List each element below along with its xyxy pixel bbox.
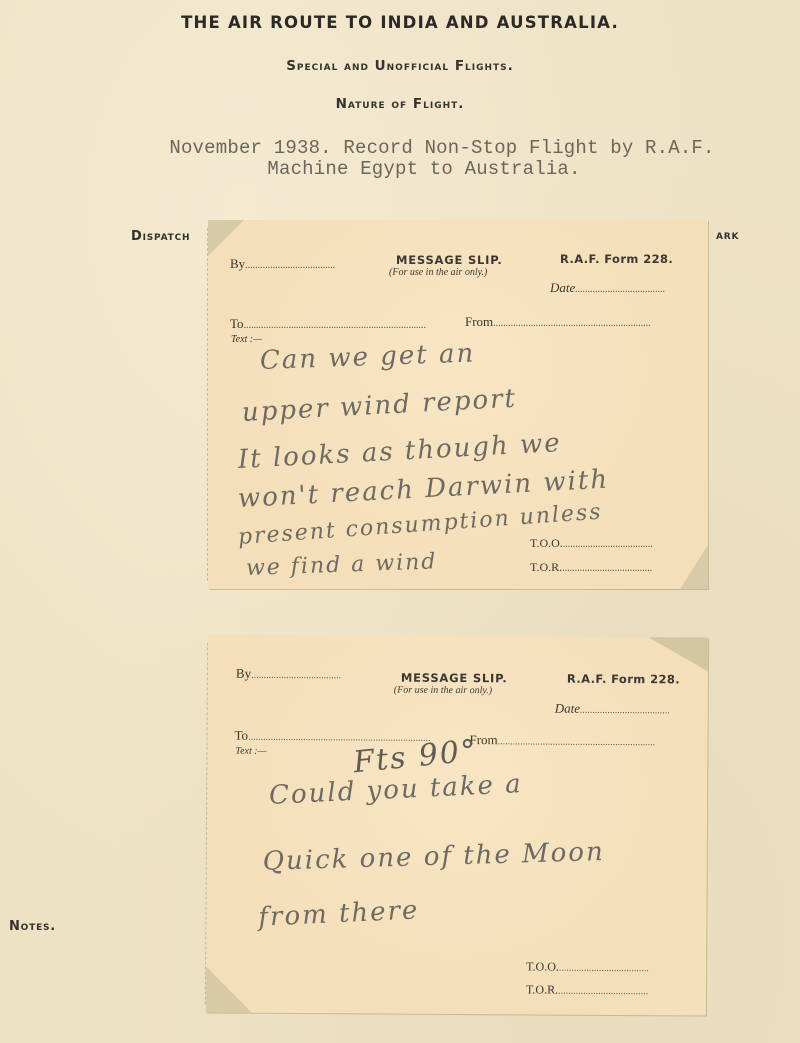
typed-description-line-1: November 1938. Record Non-Stop Flight by… [42, 137, 800, 159]
notes-label: Notes. [9, 919, 56, 934]
page-subtitle: Special and Unofficial Flights. [0, 58, 800, 74]
dispatch-label: Dispatch [131, 229, 190, 244]
text-label: Text :— [231, 334, 262, 345]
dotted-line: ........................................… [498, 736, 613, 748]
tor-field: T.O.R...................................… [526, 982, 648, 998]
perforated-edge [207, 228, 208, 581]
handwritten-line: upper wind report [241, 384, 518, 428]
date-field: Date.................................... [555, 701, 670, 718]
slip-heading: MESSAGE SLIP. [401, 671, 508, 686]
photo-corner-top-right [648, 637, 708, 671]
typed-description-line-2: Machine Egypt to Australia. [24, 158, 800, 180]
dotted-line: ................. [608, 318, 651, 329]
slip-usage-note: (For use in the air only.) [394, 685, 492, 697]
form-number: R.A.F. Form 228. [560, 252, 673, 266]
handwritten-line: Can we get an [259, 338, 475, 375]
tor-label: T.O.R. [530, 560, 562, 574]
message-slip-1: By.................................... M… [208, 220, 708, 589]
date-label: Date [555, 701, 580, 716]
too-label: T.O.O. [530, 536, 563, 550]
page-title: THE AIR ROUTE TO INDIA AND AUSTRALIA. [0, 13, 800, 32]
dotted-line: ........................... [359, 320, 427, 331]
by-label: By [236, 666, 251, 681]
message-slip-2: By.................................... M… [206, 634, 708, 1015]
dotted-line: .................................... [251, 670, 341, 682]
to-field: To......................................… [230, 316, 426, 332]
dotted-line: .................................... [559, 963, 649, 975]
dotted-line: .................................... [563, 539, 653, 550]
from-label: From [465, 314, 493, 329]
dotted-line: .................................... [558, 986, 648, 998]
too-field: T.O.O...................................… [530, 536, 653, 551]
dotted-line: ........................................… [493, 318, 608, 329]
section-heading: Nature of Flight. [0, 96, 800, 112]
photo-corner-bottom-left [206, 966, 252, 1012]
handwritten-line: from there [258, 895, 420, 932]
handwritten-line: we find a wind [246, 549, 438, 581]
by-label: By [230, 256, 245, 271]
by-field: By.................................... [236, 666, 341, 683]
tor-field: T.O.R...................................… [530, 560, 652, 575]
slip-usage-note: (For use in the air only.) [389, 267, 487, 278]
tor-label: T.O.R. [526, 982, 558, 996]
slip-heading: MESSAGE SLIP. [396, 253, 503, 267]
postmark-label: ark [716, 228, 739, 243]
dotted-line: ........................................… [248, 732, 363, 744]
to-label: To [234, 728, 248, 743]
dotted-line: .................................... [562, 563, 652, 574]
handwritten-line: It looks as though we [237, 428, 562, 475]
text-label: Text :— [235, 746, 266, 757]
from-field: From....................................… [465, 314, 651, 330]
dotted-line: .................................... [575, 284, 665, 295]
date-field: Date.................................... [550, 280, 665, 296]
date-label: Date [550, 280, 575, 295]
photo-corner-bottom-right [680, 545, 708, 589]
from-field: From....................................… [469, 732, 655, 749]
dotted-line: .................................... [245, 260, 335, 271]
handwritten-line: Could you take a [268, 769, 523, 811]
dotted-line: ................. [613, 737, 656, 748]
by-field: By.................................... [230, 256, 335, 272]
too-label: T.O.O. [526, 959, 559, 973]
handwritten-line: Quick one of the Moon [262, 837, 605, 877]
dotted-line: .................................... [580, 705, 670, 717]
dotted-line: ........................................… [244, 320, 359, 331]
to-label: To [230, 316, 244, 331]
photo-corner-top-left [208, 220, 244, 256]
form-number: R.A.F. Form 228. [567, 672, 680, 687]
too-field: T.O.O...................................… [526, 959, 649, 975]
